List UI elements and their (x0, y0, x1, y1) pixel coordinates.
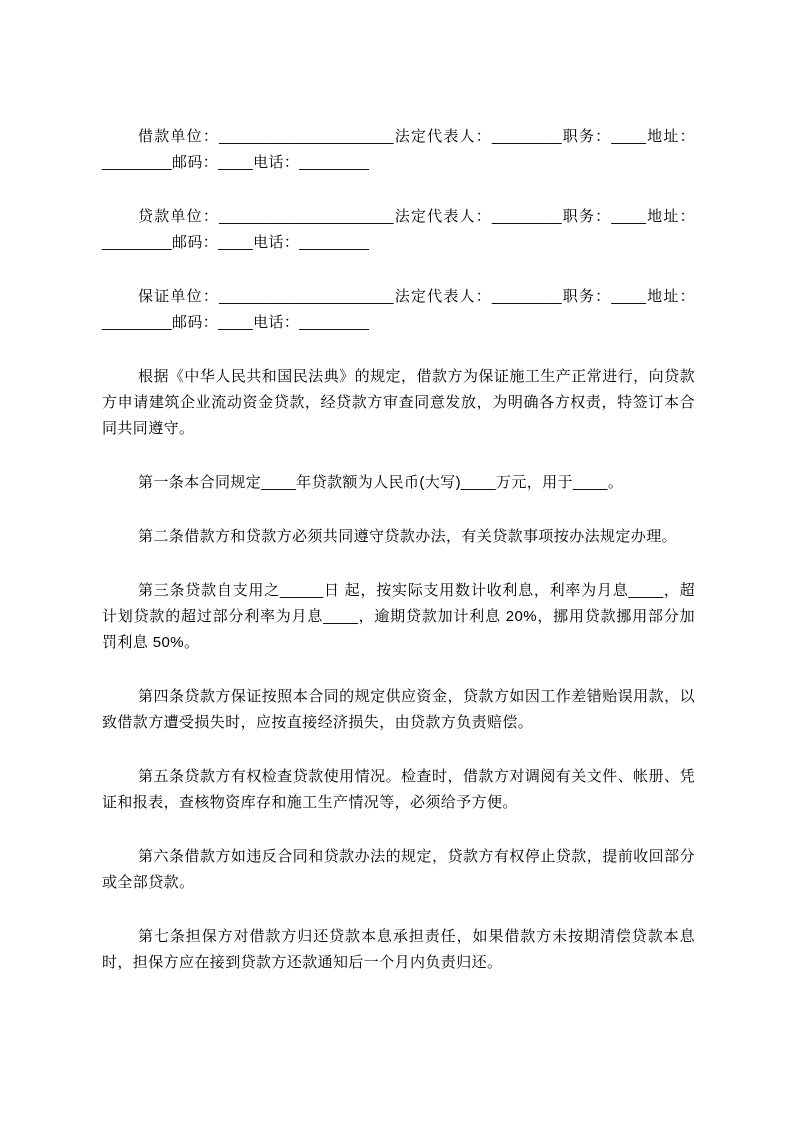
article-5: 第五条贷款方有权检查贷款使用情况。检查时，借款方对调阅有关文件、帐册、凭证和报表… (102, 764, 695, 816)
article-7: 第七条担保方对借款方归还贷款本息承担责任，如果借款方未按期清偿贷款本息时，担保方… (102, 924, 695, 976)
party-block-guarantor: 保证单位：____________________法定代表人：________职… (102, 284, 695, 336)
article-2: 第二条借款方和贷款方必须共同遵守贷款办法，有关贷款事项按办法规定办理。 (102, 524, 695, 550)
preamble-paragraph: 根据《中华人民共和国民法典》的规定，借款方为保证施工生产正常进行，向贷款方申请建… (102, 364, 695, 442)
article-1: 第一条本合同规定____年贷款额为人民币(大写)____万元，用于____。 (102, 470, 695, 496)
article-4: 第四条贷款方保证按照本合同的规定供应资金，贷款方如因工作差错贻误用款，以致借款方… (102, 684, 695, 736)
article-6: 第六条借款方如违反合同和贷款办法的规定，贷款方有权停止贷款，提前收回部分或全部贷… (102, 844, 695, 896)
article-3: 第三条贷款自支用之_____日 起，按实际支用数计收利息，利率为月息____，超… (102, 578, 695, 656)
document-page: 借款单位：____________________法定代表人：________职… (0, 0, 793, 1122)
party-block-lender: 贷款单位：____________________法定代表人：________职… (102, 204, 695, 256)
party-block-borrower: 借款单位：____________________法定代表人：________职… (102, 124, 695, 176)
